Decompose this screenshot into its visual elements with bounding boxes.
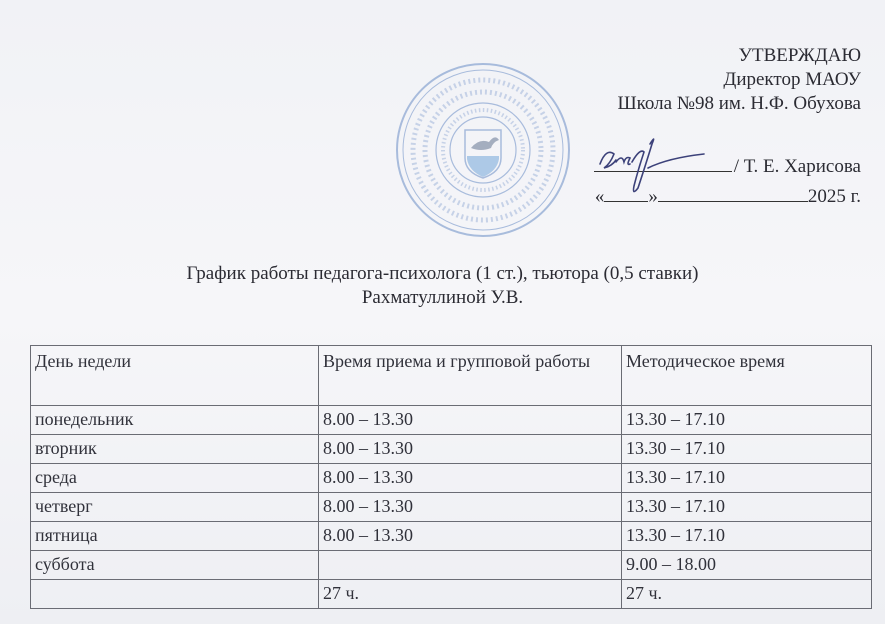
table-row: понедельник 8.00 – 13.30 13.30 – 17.10	[31, 406, 872, 435]
slash: /	[734, 156, 744, 177]
title-line-1: График работы педагога-психолога (1 ст.)…	[0, 262, 885, 286]
table-row: суббота 9.00 – 18.00	[31, 551, 872, 580]
approval-organization: Школа №98 им. Н.Ф. Обухова	[618, 92, 862, 116]
table-row: вторник 8.00 – 13.30 13.30 – 17.10	[31, 435, 872, 464]
table-row: четверг 8.00 – 13.30 13.30 – 17.10	[31, 493, 872, 522]
approval-position: Директор МАОУ	[618, 68, 862, 92]
title-line-2: Рахматуллиной У.В.	[0, 286, 885, 310]
header-reception: Время приема и групповой работы	[319, 346, 622, 406]
signatory-name: Т. Е. Харисова	[744, 156, 861, 177]
table-row: среда 8.00 – 13.30 13.30 – 17.10	[31, 464, 872, 493]
official-seal-icon	[393, 60, 573, 240]
table-totals-row: 27 ч. 27 ч.	[31, 580, 872, 609]
month-blank	[658, 187, 808, 202]
document-title: График работы педагога-психолога (1 ст.)…	[0, 262, 885, 310]
approval-block: УТВЕРЖДАЮ Директор МАОУ Школа №98 им. Н.…	[618, 44, 862, 116]
date-line: «»2025 г.	[595, 186, 861, 208]
year: 2025 г.	[808, 186, 861, 207]
document-page: УТВЕРЖДАЮ Директор МАОУ Школа №98 им. Н.…	[0, 0, 885, 624]
table-row: пятница 8.00 – 13.30 13.30 – 17.10	[31, 522, 872, 551]
schedule-table: День недели Время приема и групповой раб…	[30, 345, 872, 609]
table-header-row: День недели Время приема и групповой раб…	[31, 346, 872, 406]
header-methodical: Методическое время	[622, 346, 872, 406]
header-day: День недели	[31, 346, 319, 406]
approval-heading: УТВЕРЖДАЮ	[618, 44, 862, 68]
day-blank	[604, 187, 648, 202]
